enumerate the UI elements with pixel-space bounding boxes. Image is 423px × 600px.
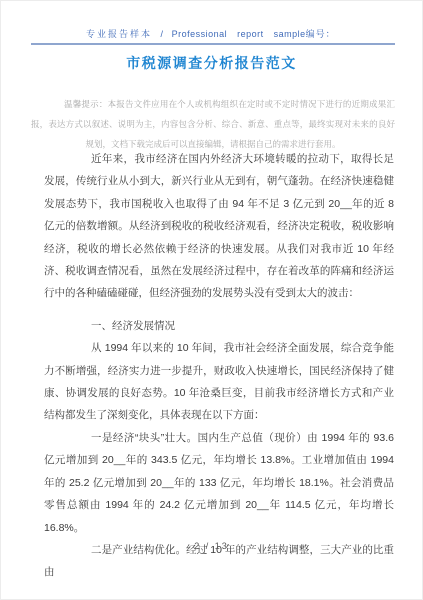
page-header: 专业报告样本 / Professional report sample 编号： (31, 27, 395, 45)
paragraph-gdp-growth: 一是经济“块头”壮大。国内生产总值（现价）由 1994 年的 93.6 亿元增加… (44, 427, 394, 539)
header-subtitle-label: Professional report sample (172, 29, 306, 39)
header-separator: / (161, 29, 164, 39)
header-number-label: 编号： (306, 27, 398, 40)
document-page: 专业报告样本 / Professional report sample 编号： … (0, 0, 423, 600)
paragraph-intro: 近年来，我市经济在国内外经济大环境转暖的拉动下，取得长足发展，传统行业从小到大，… (44, 148, 394, 305)
section-heading-economic-development: 一、经济发展情况 (44, 315, 394, 337)
document-title: 市税源调查分析报告范文 (1, 53, 422, 73)
header-left-group: 专业报告样本 / Professional report sample (31, 27, 306, 40)
document-body: 近年来，我市经济在国内外经济大环境转暖的拉动下，取得长足发展，传统行业从小到大，… (44, 148, 394, 584)
paragraph-overview: 从 1994 年以来的 10 年间，我市社会经济全面发展，综合竞争能力不断增强，… (44, 337, 394, 427)
tip-text: 温馨提示：本报告文件应用在个人或机构组织在定时或不定时情况下进行的近期成果汇报，… (31, 94, 395, 154)
page-number: 2 / 13 (1, 541, 422, 551)
header-brand-label: 专业报告样本 (86, 29, 152, 39)
